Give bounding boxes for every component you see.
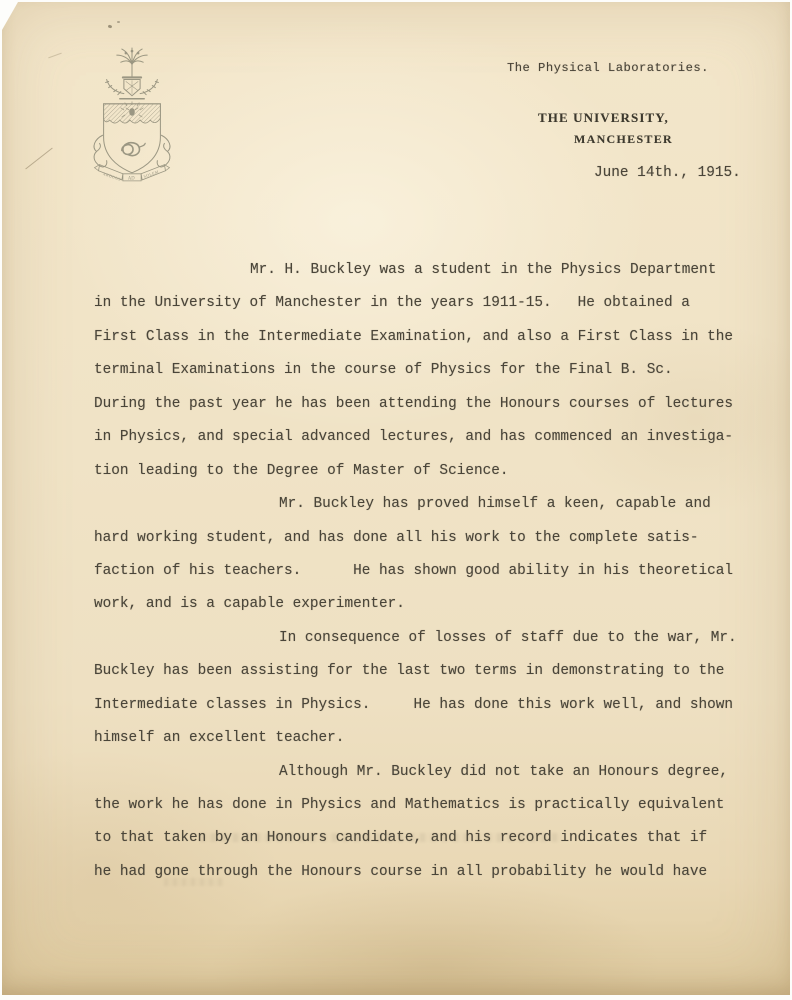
body-line: himself an excellent teacher. bbox=[94, 722, 754, 755]
body-line: In consequence of losses of staff due to… bbox=[94, 622, 754, 655]
crest-motto-right: SOLEM bbox=[143, 169, 160, 179]
letterhead-city: MANCHESTER bbox=[574, 132, 673, 147]
letter-date: June 14th., 1915. bbox=[594, 165, 741, 181]
paper-scratch bbox=[25, 148, 52, 170]
body-line: faction of his teachers. He has shown go… bbox=[94, 555, 754, 588]
university-coat-of-arms-icon: ARDUUS AD SOLEM bbox=[86, 46, 178, 188]
letter-page: ARDUUS AD SOLEM The Physical Laboratorie… bbox=[2, 2, 790, 995]
body-line: Intermediate classes in Physics. He has … bbox=[94, 689, 754, 722]
paper-scratch bbox=[48, 53, 61, 59]
ink-speck bbox=[108, 24, 113, 28]
scanned-letter: ARDUUS AD SOLEM The Physical Laboratorie… bbox=[0, 0, 792, 1000]
body-line: work, and is a capable experimenter. bbox=[94, 588, 754, 621]
body-line: First Class in the Intermediate Examinat… bbox=[94, 321, 754, 354]
body-line: in the University of Manchester in the y… bbox=[94, 287, 754, 320]
letter-body: Mr. H. Buckley was a student in the Phys… bbox=[94, 254, 754, 889]
crest-artwork: ARDUUS AD SOLEM bbox=[94, 48, 170, 182]
body-line: the work he has done in Physics and Math… bbox=[94, 789, 754, 822]
crest-motto-center: AD bbox=[128, 176, 135, 181]
body-line: Although Mr. Buckley did not take an Hon… bbox=[94, 756, 754, 789]
letterhead-institution: THE UNIVERSITY, bbox=[538, 110, 669, 126]
body-line: hard working student, and has done all h… bbox=[94, 522, 754, 555]
body-line: Buckley has been assisting for the last … bbox=[94, 655, 754, 688]
body-line: Mr. H. Buckley was a student in the Phys… bbox=[94, 254, 754, 287]
body-line: in Physics, and special advanced lecture… bbox=[94, 421, 754, 454]
ink-speck bbox=[117, 21, 120, 23]
body-line: he had gone through the Honours course i… bbox=[94, 856, 754, 889]
body-line: terminal Examinations in the course of P… bbox=[94, 354, 754, 387]
body-line: to that taken by an Honours candidate, a… bbox=[94, 822, 754, 855]
letterhead-department: The Physical Laboratories. bbox=[507, 61, 709, 75]
body-line: Mr. Buckley has proved himself a keen, c… bbox=[94, 488, 754, 521]
body-line: tion leading to the Degree of Master of … bbox=[94, 455, 754, 488]
body-line: During the past year he has been attendi… bbox=[94, 388, 754, 421]
